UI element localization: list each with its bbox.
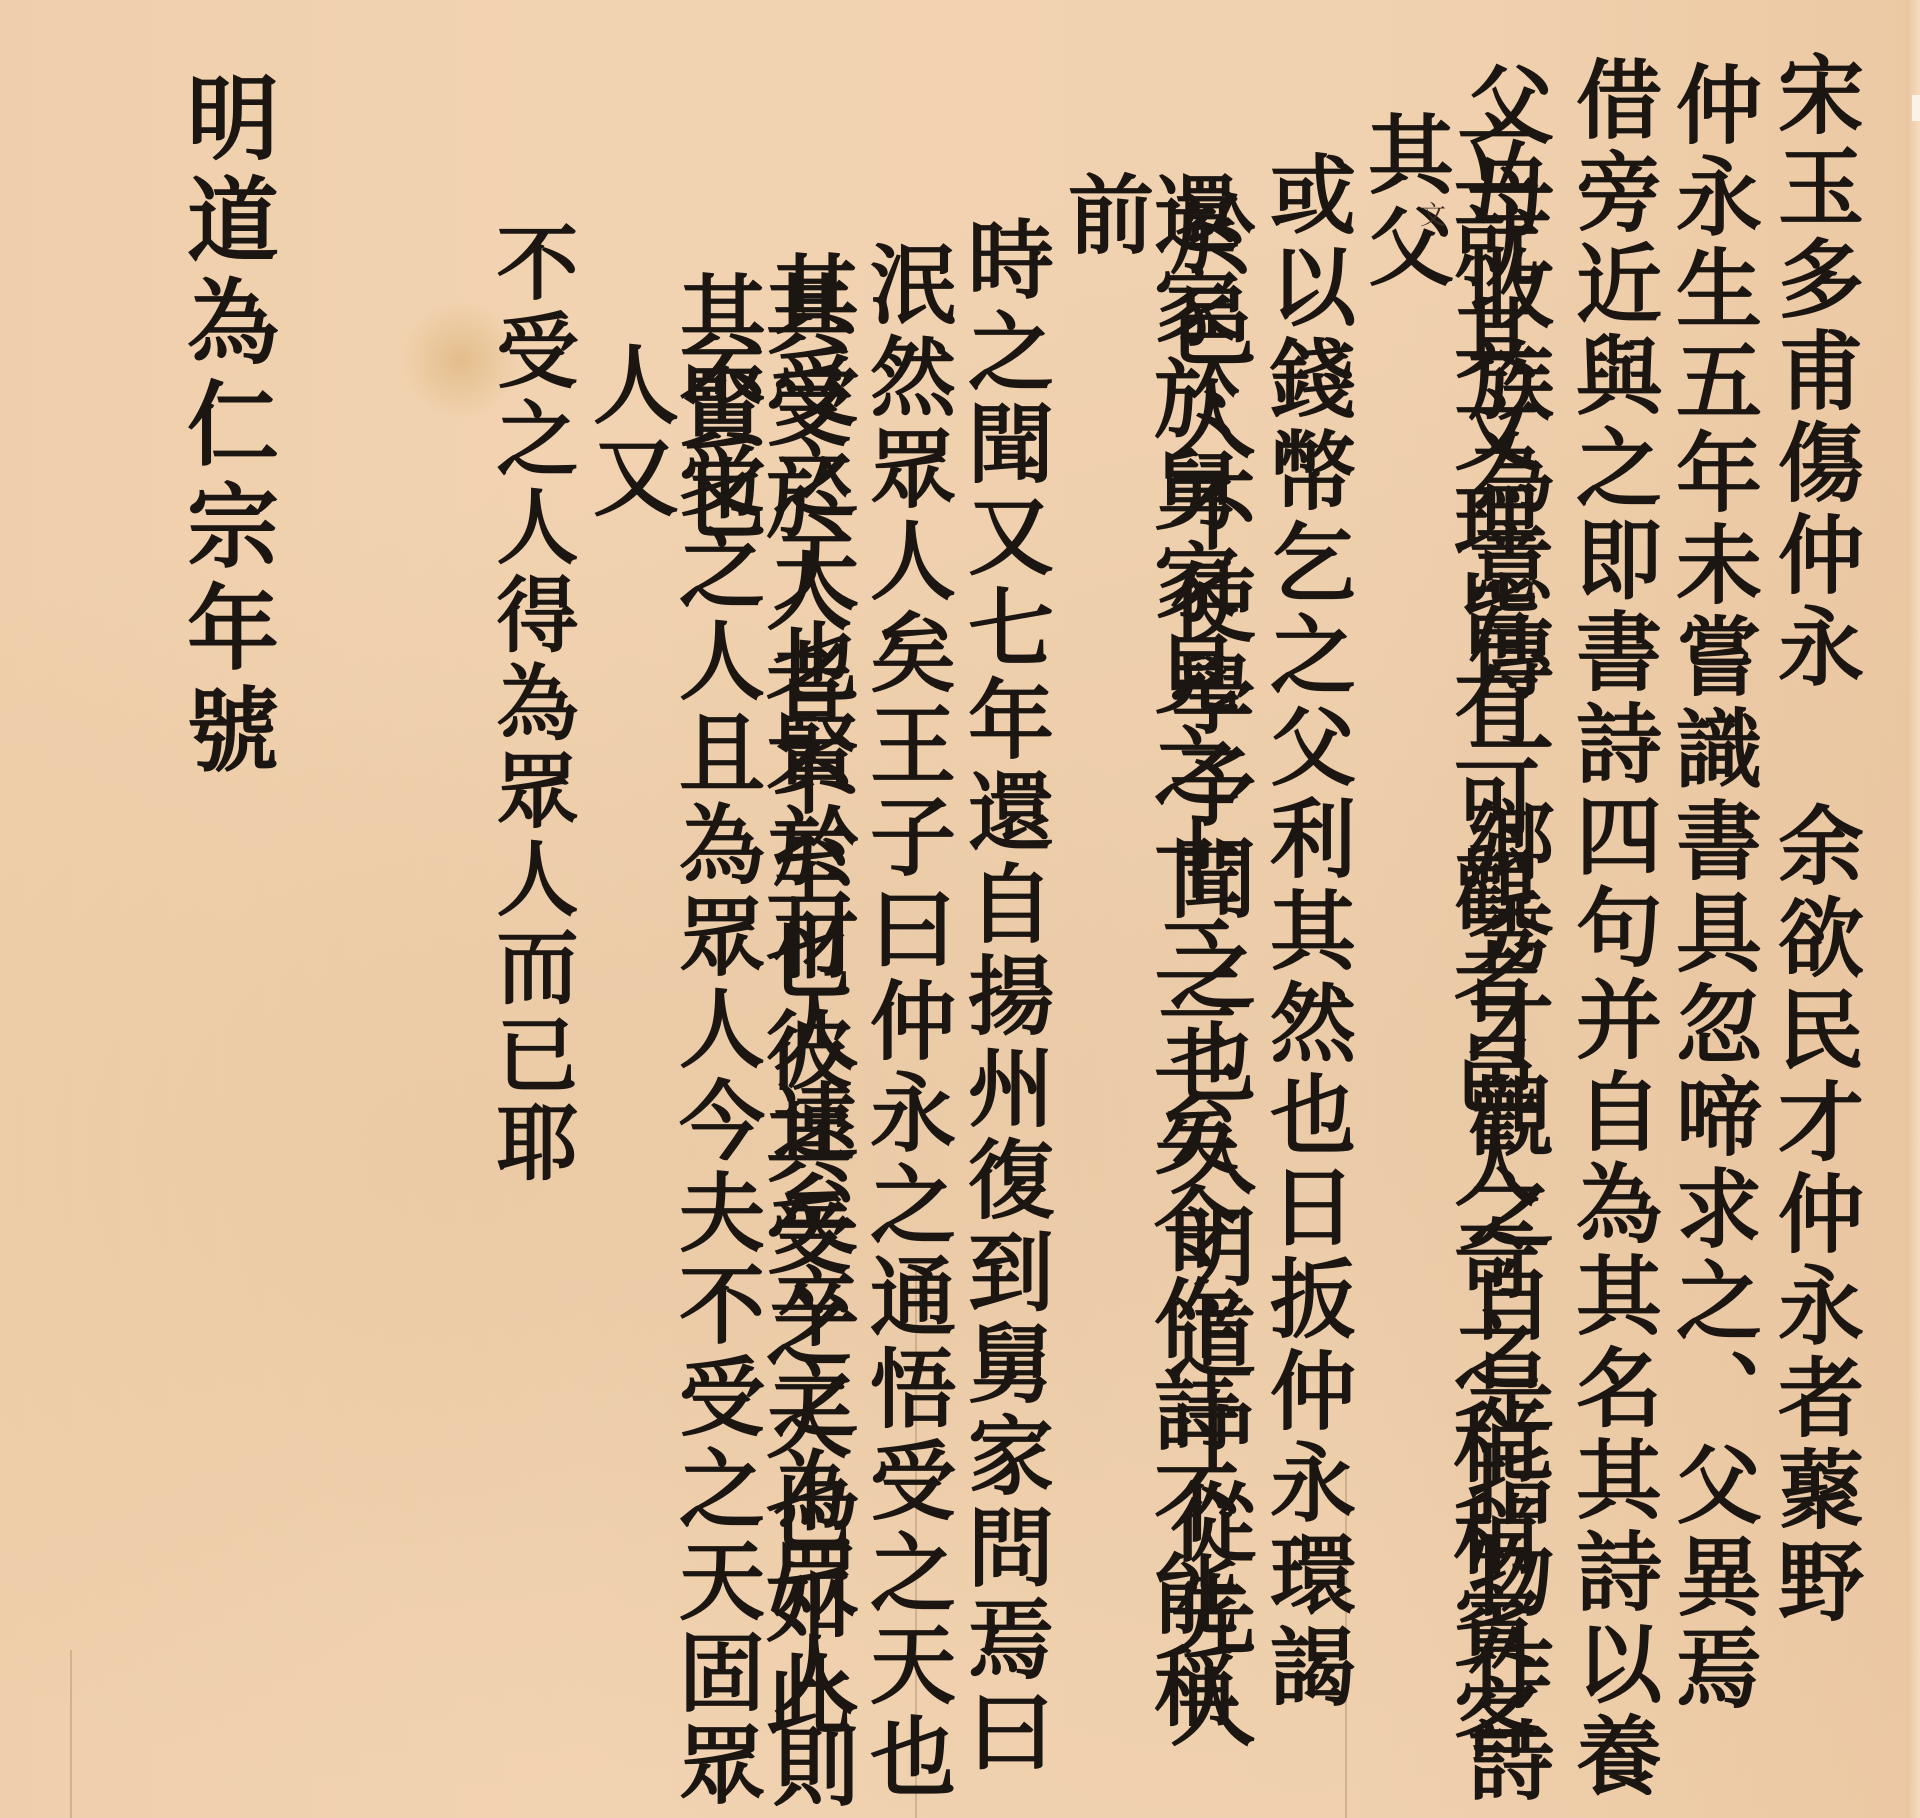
mount-edge: [1906, 0, 1920, 1818]
calligraphy-column-8: 還家於舅家見之十二三矣令作詩不能稱前: [1060, 170, 1232, 1818]
calligraphy-column-6: 或以錢幣乞之父利其然也日扳仲永環謁: [1262, 150, 1348, 1714]
calligraphy-column-10: 泯然眾人矣王子曰仲永之通悟受之天也: [862, 240, 948, 1804]
calligraphy-column-14: 不受之人得為眾人而已耶: [490, 220, 572, 1188]
calligraphy-column-2: 仲永生五年未嘗識書具忽啼求之、父異焉: [1668, 60, 1754, 1716]
calligraphy-column-13: 不受之人且為眾人今夫不受之天固眾人又: [585, 340, 757, 1818]
paper-crease: [70, 1650, 72, 1818]
calligraphy-column-1: 宋玉多甫傷仲永 余欲民才仲永者藂野: [1770, 50, 1856, 1629]
signature-column: 明道為仁宗年號: [180, 70, 272, 784]
edge-mark: [1912, 95, 1920, 121]
calligraphy-column-9: 時之聞又七年還自揚州復到舅家問焉曰: [960, 215, 1046, 1779]
side-annotation: 文: [1420, 195, 1446, 232]
calligraphy-column-5: 立就其文理皆有可觀者邑人奇之稍稍賓客其父: [1360, 110, 1532, 1818]
calligraphy-column-3: 借旁近與之即書詩四句并自為其名其詩以養: [1568, 55, 1654, 1803]
